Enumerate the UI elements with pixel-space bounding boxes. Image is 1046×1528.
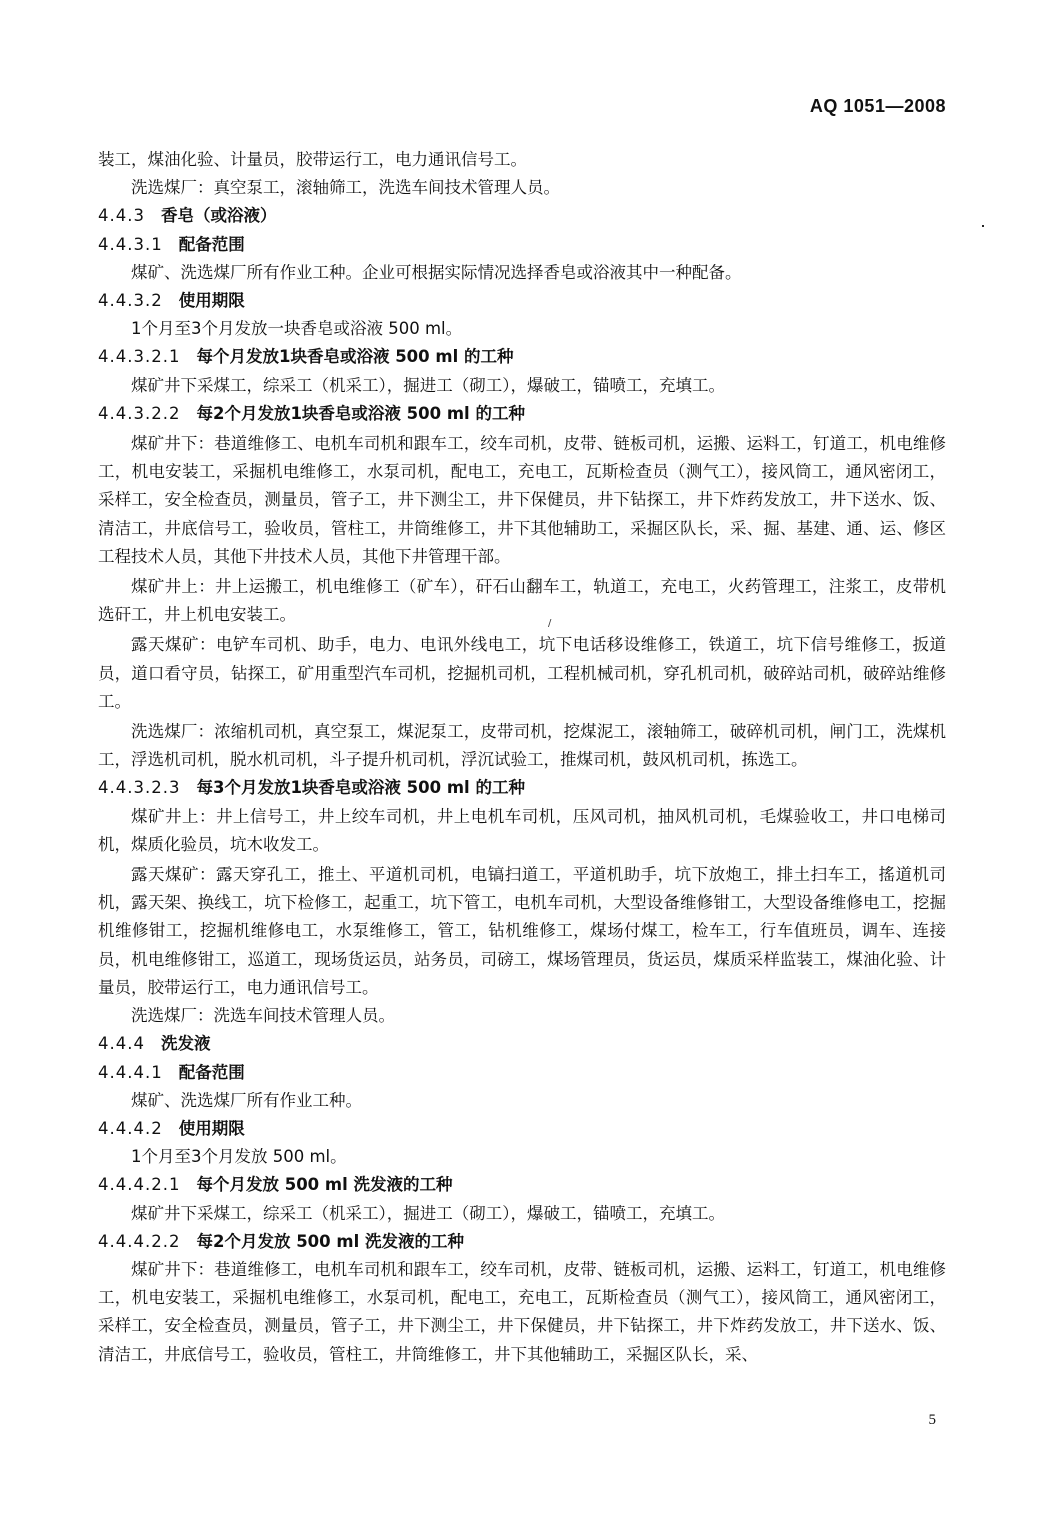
section-heading: 4.4.3香皂（或浴液） xyxy=(98,202,946,230)
section-title: 每3个月发放1块香皂或浴液 500 ml 的工种 xyxy=(196,778,525,797)
paragraph: 煤矿井下采煤工，综采工（机采工），掘进工（砌工），爆破工，锚喷工，充填工。 xyxy=(98,1200,946,1228)
section-number: 4.4.3.2.3 xyxy=(98,778,180,797)
section-number: 4.4.4.2 xyxy=(98,1119,163,1138)
paragraph: 露天煤矿：露天穿孔工，推土、平道机司机，电镐扫道工，平道机助手，坑下放炮工，排土… xyxy=(98,861,946,1002)
paragraph: 露天煤矿：电铲车司机、助手，电力、电讯外线电工，坑下电话移设维修工，铁道工，坑下… xyxy=(98,631,946,716)
standard-code: AQ 1051—2008 xyxy=(810,96,946,117)
section-title: 使用期限 xyxy=(179,291,245,310)
section-title: 每个月发放1块香皂或浴液 500 ml 的工种 xyxy=(196,347,513,366)
section-title: 每个月发放 500 ml 洗发液的工种 xyxy=(196,1175,452,1194)
section-number: 4.4.3.1 xyxy=(98,235,163,254)
paragraph: 洗选煤厂：洗选车间技术管理人员。 xyxy=(98,1002,946,1030)
section-title: 配备范围 xyxy=(179,235,245,254)
section-number: 4.4.4 xyxy=(98,1034,145,1053)
section-number: 4.4.3.2.1 xyxy=(98,347,180,366)
section-number: 4.4.3.2.2 xyxy=(98,404,180,423)
paragraph: 煤矿井上：井上运搬工，机电维修工（矿车），矸石山翻车工，轨道工，充电工，火药管理… xyxy=(98,573,946,629)
paragraph: 煤矿井下：巷道维修工、电机车司机和跟车工，绞车司机，皮带、链板司机，运搬、运料工… xyxy=(98,430,946,571)
section-heading: 4.4.4洗发液 xyxy=(98,1030,946,1058)
section-heading: 4.4.3.1配备范围 xyxy=(98,231,946,259)
section-title: 使用期限 xyxy=(179,1119,245,1138)
paragraph: 煤矿井下：巷道维修工，电机车司机和跟车工，绞车司机，皮带、链板司机，运搬、运料工… xyxy=(98,1256,946,1369)
section-number: 4.4.3 xyxy=(98,206,145,225)
paragraph: 装工，煤油化验、计量员，胶带运行工，电力通讯信号工。 xyxy=(98,146,946,174)
section-heading: 4.4.3.2.3每3个月发放1块香皂或浴液 500 ml 的工种 xyxy=(98,774,946,802)
document-body: 装工，煤油化验、计量员，胶带运行工，电力通讯信号工。 洗选煤厂：真空泵工，滚轴筛… xyxy=(98,146,946,1369)
section-title: 香皂（或浴液） xyxy=(161,206,277,225)
section-number: 4.4.4.2.1 xyxy=(98,1175,180,1194)
page-number: 5 xyxy=(929,1412,937,1429)
section-number: 4.4.4.2.2 xyxy=(98,1232,180,1251)
paragraph: 煤矿井下采煤工，综采工（机采工），掘进工（砌工），爆破工，锚喷工，充填工。 xyxy=(98,372,946,400)
section-number: 4.4.3.2 xyxy=(98,291,163,310)
paragraph: 1个月至3个月发放一块香皂或浴液 500 ml。 xyxy=(98,315,946,343)
section-title: 洗发液 xyxy=(161,1034,211,1053)
section-heading: 4.4.4.2使用期限 xyxy=(98,1115,946,1143)
paragraph: 煤矿、洗选煤厂所有作业工种。 xyxy=(98,1087,946,1115)
section-heading: 4.4.3.2.1每个月发放1块香皂或浴液 500 ml 的工种 xyxy=(98,343,946,371)
section-heading: 4.4.3.2.2每2个月发放1块香皂或浴液 500 ml 的工种 xyxy=(98,400,946,428)
section-heading: 4.4.4.2.2每2个月发放 500 ml 洗发液的工种 xyxy=(98,1228,946,1256)
paragraph: 1个月至3个月发放 500 ml。 xyxy=(98,1143,946,1171)
section-heading: 4.4.4.2.1每个月发放 500 ml 洗发液的工种 xyxy=(98,1171,946,1199)
scan-artifact: / xyxy=(548,618,551,629)
section-title: 每2个月发放 500 ml 洗发液的工种 xyxy=(196,1232,464,1251)
paragraph: 洗选煤厂：浓缩机司机，真空泵工，煤泥泵工，皮带司机，挖煤泥工，滚轴筛工，破碎机司… xyxy=(98,718,946,774)
section-heading: 4.4.4.1配备范围 xyxy=(98,1059,946,1087)
scan-artifact-dot xyxy=(982,225,984,227)
section-title: 配备范围 xyxy=(179,1063,245,1082)
paragraph: 洗选煤厂：真空泵工，滚轴筛工，洗选车间技术管理人员。 xyxy=(98,174,946,202)
section-title: 每2个月发放1块香皂或浴液 500 ml 的工种 xyxy=(196,404,525,423)
section-number: 4.4.4.1 xyxy=(98,1063,163,1082)
paragraph: 煤矿井上：井上信号工，井上绞车司机，井上电机车司机，压风司机，抽风机司机，毛煤验… xyxy=(98,803,946,859)
paragraph: 煤矿、洗选煤厂所有作业工种。企业可根据实际情况选择香皂或浴液其中一种配备。 xyxy=(98,259,946,287)
section-heading: 4.4.3.2使用期限 xyxy=(98,287,946,315)
